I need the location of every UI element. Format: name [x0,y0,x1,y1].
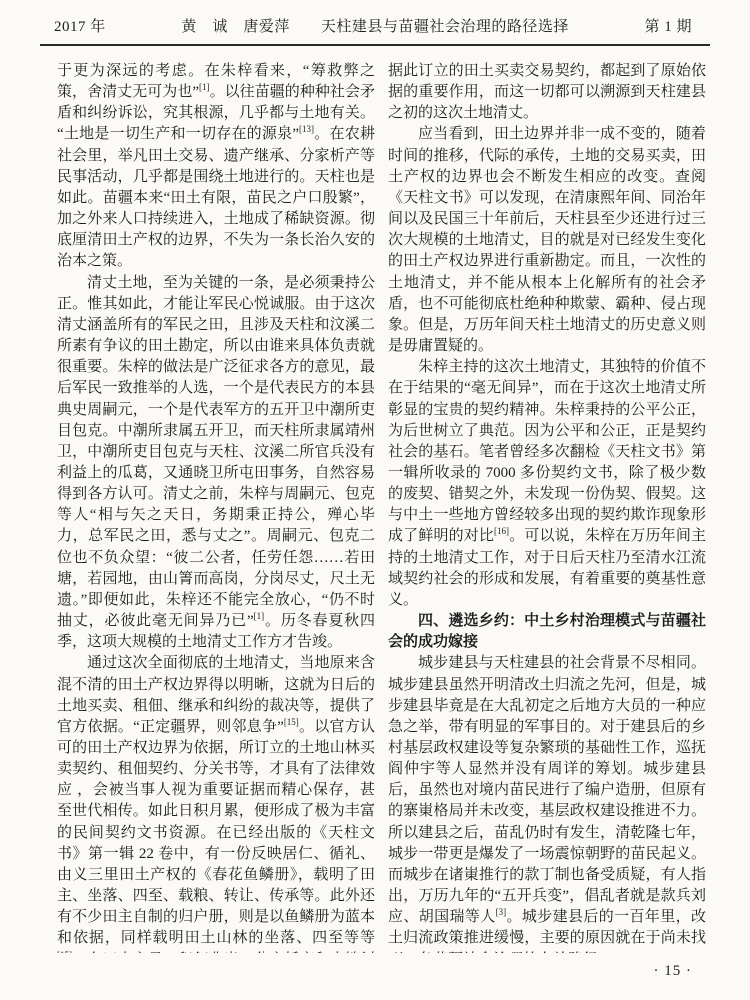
paragraph: 通过这次全面彻底的土地清丈，当地原来含混不清的田土产权边界得以明晰，这就为日后的… [57,653,375,953]
page-header: 2017 年 黄 诚 唐爱萍 天柱建县与苗疆社会治理的路径选择 第 1 期 [0,0,750,36]
citation-marker: [13] [299,124,314,134]
citation-marker: [3] [496,907,507,917]
paragraph: 应当看到，田土边界并非一成不变的，随着时间的推移，代际的承传，土地的交易买卖，田… [388,124,706,357]
right-column: 据此订立的田土买卖交易契约，都起到了原始依据的重要作用，而这一切都可以溯源到天柱… [388,61,706,953]
citation-marker: [15] [57,950,72,953]
citation-marker: [15] [284,717,299,727]
article-body: 于更为深远的考虑。在朱梓看来，“筹救弊之策，舍清丈无可为也”[1]。以往苗疆的种… [0,46,750,953]
header-issue: 第 1 期 [644,15,692,36]
paragraph: 城步建县与天柱建县的社会背景不尽相同。城步建县虽然开明清改土归流之先河，但是，城… [388,653,706,953]
header-year: 2017 年 [54,15,106,36]
citation-marker: [1] [254,611,265,621]
paragraph: 朱梓主持的这次土地清丈，其独特的价值不在于结果的“毫无间异”，而在于这次土地清丈… [388,357,706,611]
paragraph: 于更为深远的考虑。在朱梓看来，“筹救弊之策，舍清丈无可为也”[1]。以往苗疆的种… [57,61,375,273]
journal-page: 2017 年 黄 诚 唐爱萍 天柱建县与苗疆社会治理的路径选择 第 1 期 于更… [0,0,750,1000]
citation-marker: [16] [494,526,509,536]
header-running-title: 黄 诚 唐爱萍 天柱建县与苗疆社会治理的路径选择 [181,15,569,36]
section-heading: 四、遴选乡约：中土乡村治理模式与苗疆社会的成功嫁接 [388,611,706,653]
citation-marker: [1] [199,82,210,92]
left-column: 于更为深远的考虑。在朱梓看来，“筹救弊之策，舍清丈无可为也”[1]。以往苗疆的种… [57,61,375,953]
paragraph: 据此订立的田土买卖交易契约，都起到了原始依据的重要作用，而这一切都可以溯源到天柱… [388,61,706,124]
paragraph: 清丈土地，至为关键的一条，是必须秉持公正。惟其如此，才能让军民心悦诚服。由于这次… [57,273,375,654]
page-number: · 15 · [654,963,693,980]
